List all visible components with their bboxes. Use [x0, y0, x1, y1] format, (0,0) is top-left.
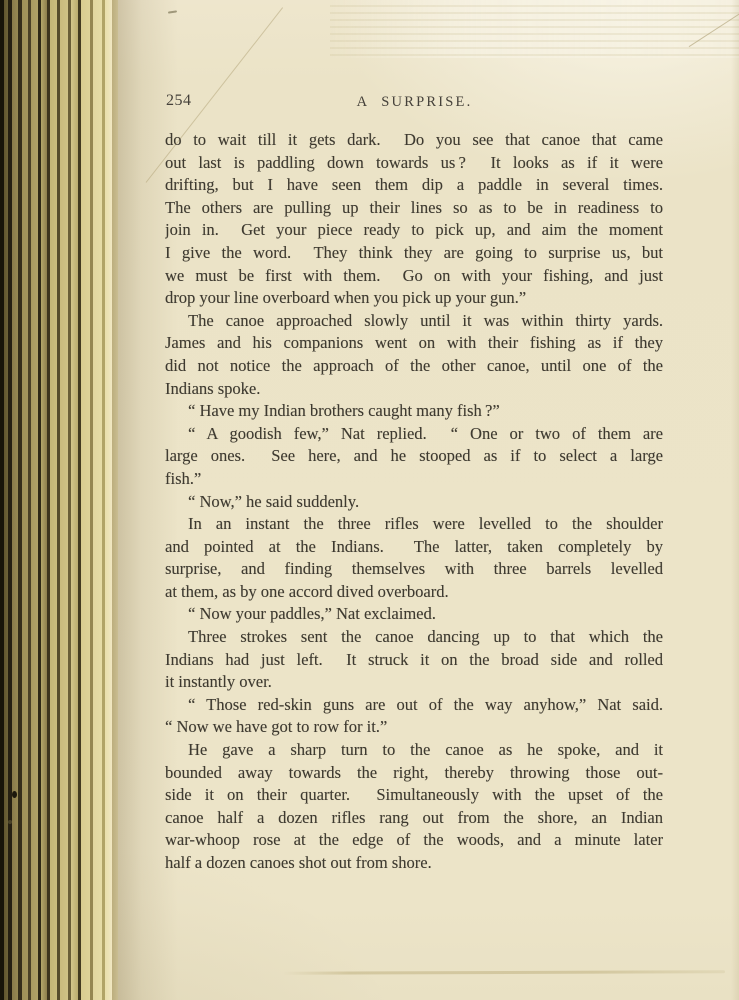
text-line: we must be first with them. Go on with y…: [165, 265, 663, 288]
paragraph: “ Now your paddles,” Nat exclaimed.: [165, 603, 663, 626]
paragraph: “ Now,” he said suddenly.: [165, 491, 663, 514]
paper-speck: [12, 791, 17, 798]
text-line: do to wait till it gets dark. Do you see…: [165, 129, 663, 152]
text-line: James and his companions went on with th…: [165, 332, 663, 355]
page-right-shade: [731, 0, 739, 1000]
paragraph: He gave a sharp turn to the canoe as he …: [165, 739, 663, 875]
text-line: it instantly over.: [165, 671, 663, 694]
text-line: bounded away towards the right, thereby …: [165, 762, 663, 785]
page-bottom-edge: [283, 970, 725, 975]
text-line: side it on their quarter. Simultaneously…: [165, 784, 663, 807]
text-line: and pointed at the Indians. The latter, …: [165, 536, 663, 559]
text-line: “ Now,” he said suddenly.: [165, 491, 663, 514]
text-line: “ Those red-skin guns are out of the way…: [165, 694, 663, 717]
paragraph: Three strokes sent the canoe dancing up …: [165, 626, 663, 694]
paragraph: “ Have my Indian brothers caught many fi…: [165, 400, 663, 423]
text-line: drifting, but I have seen them dip a pad…: [165, 174, 663, 197]
text-line: did not notice the approach of the other…: [165, 355, 663, 378]
text-line: “ A goodish few,” Nat replied. “ One or …: [165, 423, 663, 446]
text-line: Indians had just left. It struck it on t…: [165, 649, 663, 672]
text-line: He gave a sharp turn to the canoe as he …: [165, 739, 663, 762]
text-line: I give the word. They think they are goi…: [165, 242, 663, 265]
page-body: do to wait till it gets dark. Do you see…: [165, 129, 663, 875]
text-line: “ Have my Indian brothers caught many fi…: [165, 400, 663, 423]
text-line: In an instant the three rifles were leve…: [165, 513, 663, 536]
text-line: half a dozen canoes shot out from shore.: [165, 852, 663, 875]
text-line: war-whoop rose at the edge of the woods,…: [165, 829, 663, 852]
page-edge-streaks: [330, 0, 739, 58]
text-line: surprise, and finding themselves with th…: [165, 558, 663, 581]
text-line: canoe half a dozen rifles rang out from …: [165, 807, 663, 830]
text-line: “ Now your paddles,” Nat exclaimed.: [165, 603, 663, 626]
paragraph: “ Those red-skin guns are out of the way…: [165, 694, 663, 739]
text-line: join in. Get your piece ready to pick up…: [165, 219, 663, 242]
text-line: at them, as by one accord dived overboar…: [165, 581, 663, 604]
book-page: 254 A SURPRISE. do to wait till it gets …: [118, 0, 739, 1000]
text-line: “ Now we have got to row for it.”: [165, 716, 663, 739]
text-line: Three strokes sent the canoe dancing up …: [165, 626, 663, 649]
text-line: large ones. See here, and he stooped as …: [165, 445, 663, 468]
text-line: The others are pulling up their lines so…: [165, 197, 663, 220]
text-line: fish.”: [165, 468, 663, 491]
text-line: The canoe approached slowly until it was…: [165, 310, 663, 333]
book-photo: 254 A SURPRISE. do to wait till it gets …: [0, 0, 739, 1000]
paragraph: “ A goodish few,” Nat replied. “ One or …: [165, 423, 663, 491]
running-title: A SURPRISE.: [166, 94, 663, 111]
text-line: out last is paddling down towards us ? I…: [165, 152, 663, 175]
paragraph: The canoe approached slowly until it was…: [165, 310, 663, 400]
text-line: drop your line overboard when you pick u…: [165, 287, 663, 310]
paper-speck: [8, 820, 12, 824]
text-line: Indians spoke.: [165, 378, 663, 401]
paragraph: do to wait till it gets dark. Do you see…: [165, 129, 663, 310]
paragraph: In an instant the three rifles were leve…: [165, 513, 663, 603]
book-binding-edge: [0, 0, 118, 1000]
